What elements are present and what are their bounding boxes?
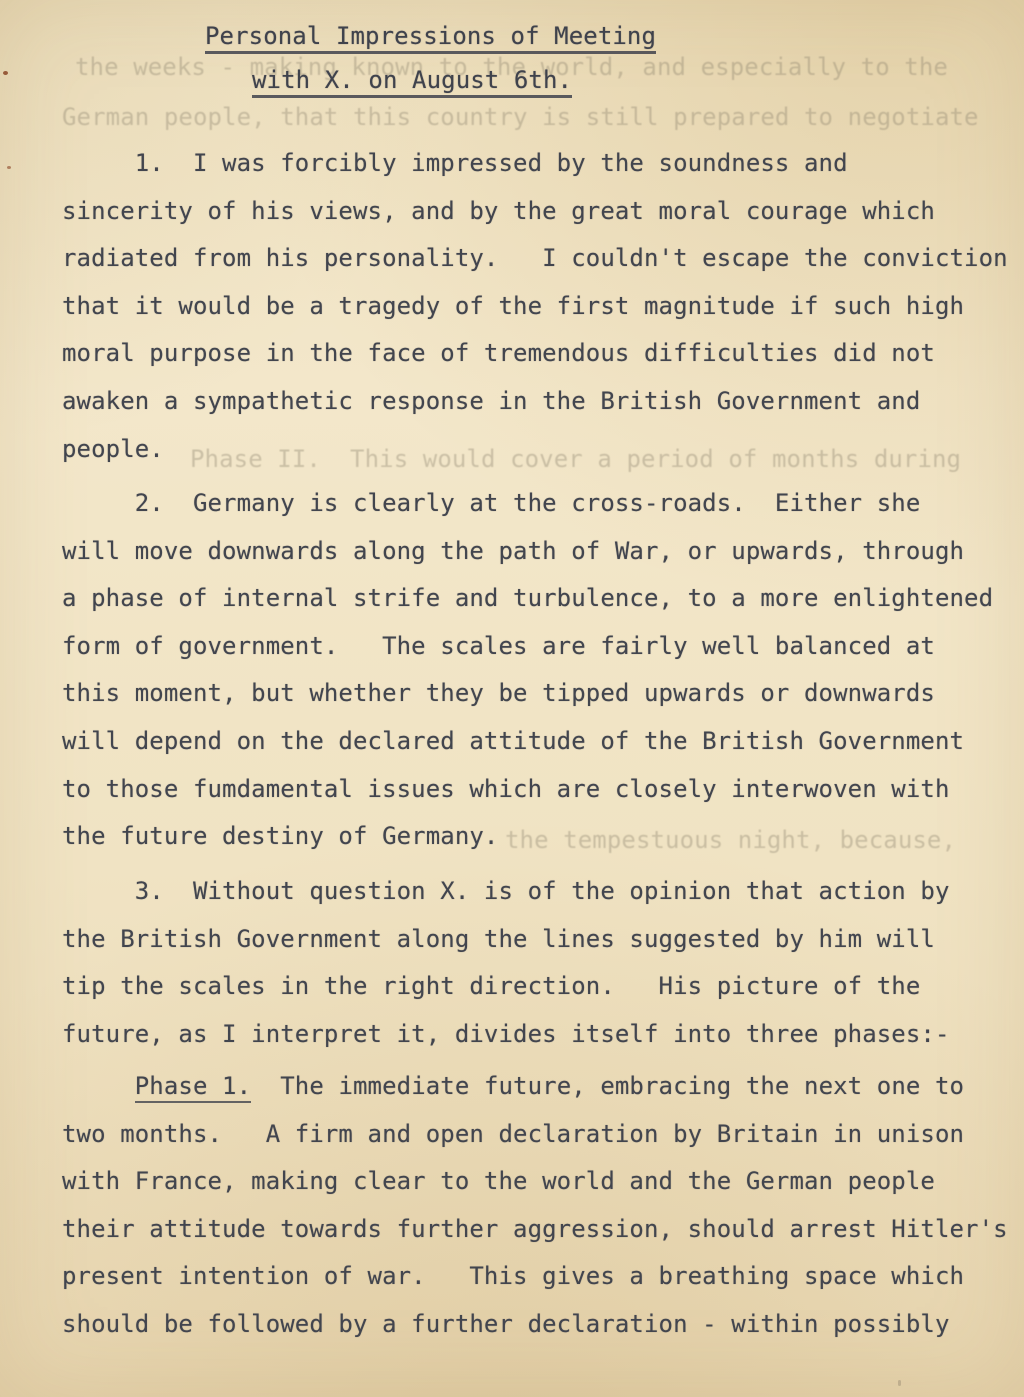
typed-line: moral purpose in the face of tremendous … bbox=[62, 330, 1008, 378]
phase-1-underlined-label: Phase 1. bbox=[135, 1072, 251, 1103]
phase-indent bbox=[62, 1072, 135, 1100]
faint-mark bbox=[898, 1380, 901, 1386]
typed-line: future, as I interpret it, divides itsel… bbox=[62, 1011, 950, 1059]
typed-line: Phase 1. The immediate future, embracing… bbox=[62, 1063, 1008, 1111]
red-ink-speck bbox=[3, 71, 8, 75]
typed-line: 1. I was forcibly impressed by the sound… bbox=[62, 140, 1008, 188]
typed-line: the future destiny of Germany. bbox=[62, 813, 993, 861]
typed-line: awaken a sympathetic response in the Bri… bbox=[62, 378, 1008, 426]
typed-line: with France, making clear to the world a… bbox=[62, 1158, 1008, 1206]
typed-line: tip the scales in the right direction. H… bbox=[62, 963, 950, 1011]
typed-line: radiated from his personality. I couldn'… bbox=[62, 235, 1008, 283]
typed-line: this moment, but whether they be tipped … bbox=[62, 670, 993, 718]
title-underlined-text: Personal Impressions of Meeting bbox=[205, 22, 656, 54]
title-underlined-text: with X. on August 6th. bbox=[252, 66, 572, 98]
typed-line: that it would be a tragedy of the first … bbox=[62, 283, 1008, 331]
typed-line: 2. Germany is clearly at the cross-roads… bbox=[62, 480, 993, 528]
document-title-line-1: Personal Impressions of Meeting bbox=[205, 13, 656, 61]
typed-line: their attitude towards further aggressio… bbox=[62, 1206, 1008, 1254]
typed-line: the British Government along the lines s… bbox=[62, 916, 950, 964]
typed-line: will depend on the declared attitude of … bbox=[62, 718, 993, 766]
paragraph-4-phase-1: Phase 1. The immediate future, embracing… bbox=[62, 1063, 1008, 1349]
document-title-line-2: with X. on August 6th. bbox=[252, 57, 572, 105]
typed-line: people. bbox=[62, 426, 1008, 474]
typed-line: present intention of war. This gives a b… bbox=[62, 1253, 1008, 1301]
typed-line: a phase of internal strife and turbulenc… bbox=[62, 575, 993, 623]
document-page: the weeks - making known to the world, a… bbox=[0, 0, 1024, 1397]
typed-line: 3. Without question X. is of the opinion… bbox=[62, 868, 950, 916]
phase-line-rest: The immediate future, embracing the next… bbox=[251, 1072, 964, 1100]
typed-line: to those fumdamental issues which are cl… bbox=[62, 766, 993, 814]
typed-line: should be followed by a further declarat… bbox=[62, 1301, 1008, 1349]
paragraph-2: 2. Germany is clearly at the cross-roads… bbox=[62, 480, 993, 861]
red-ink-speck bbox=[7, 166, 11, 169]
paragraph-1: 1. I was forcibly impressed by the sound… bbox=[62, 140, 1008, 473]
typed-line: will move downwards along the path of Wa… bbox=[62, 528, 993, 576]
paragraph-3: 3. Without question X. is of the opinion… bbox=[62, 868, 950, 1058]
typed-line: sincerity of his views, and by the great… bbox=[62, 188, 1008, 236]
typed-line: form of government. The scales are fairl… bbox=[62, 623, 993, 671]
typed-line: two months. A firm and open declaration … bbox=[62, 1111, 1008, 1159]
